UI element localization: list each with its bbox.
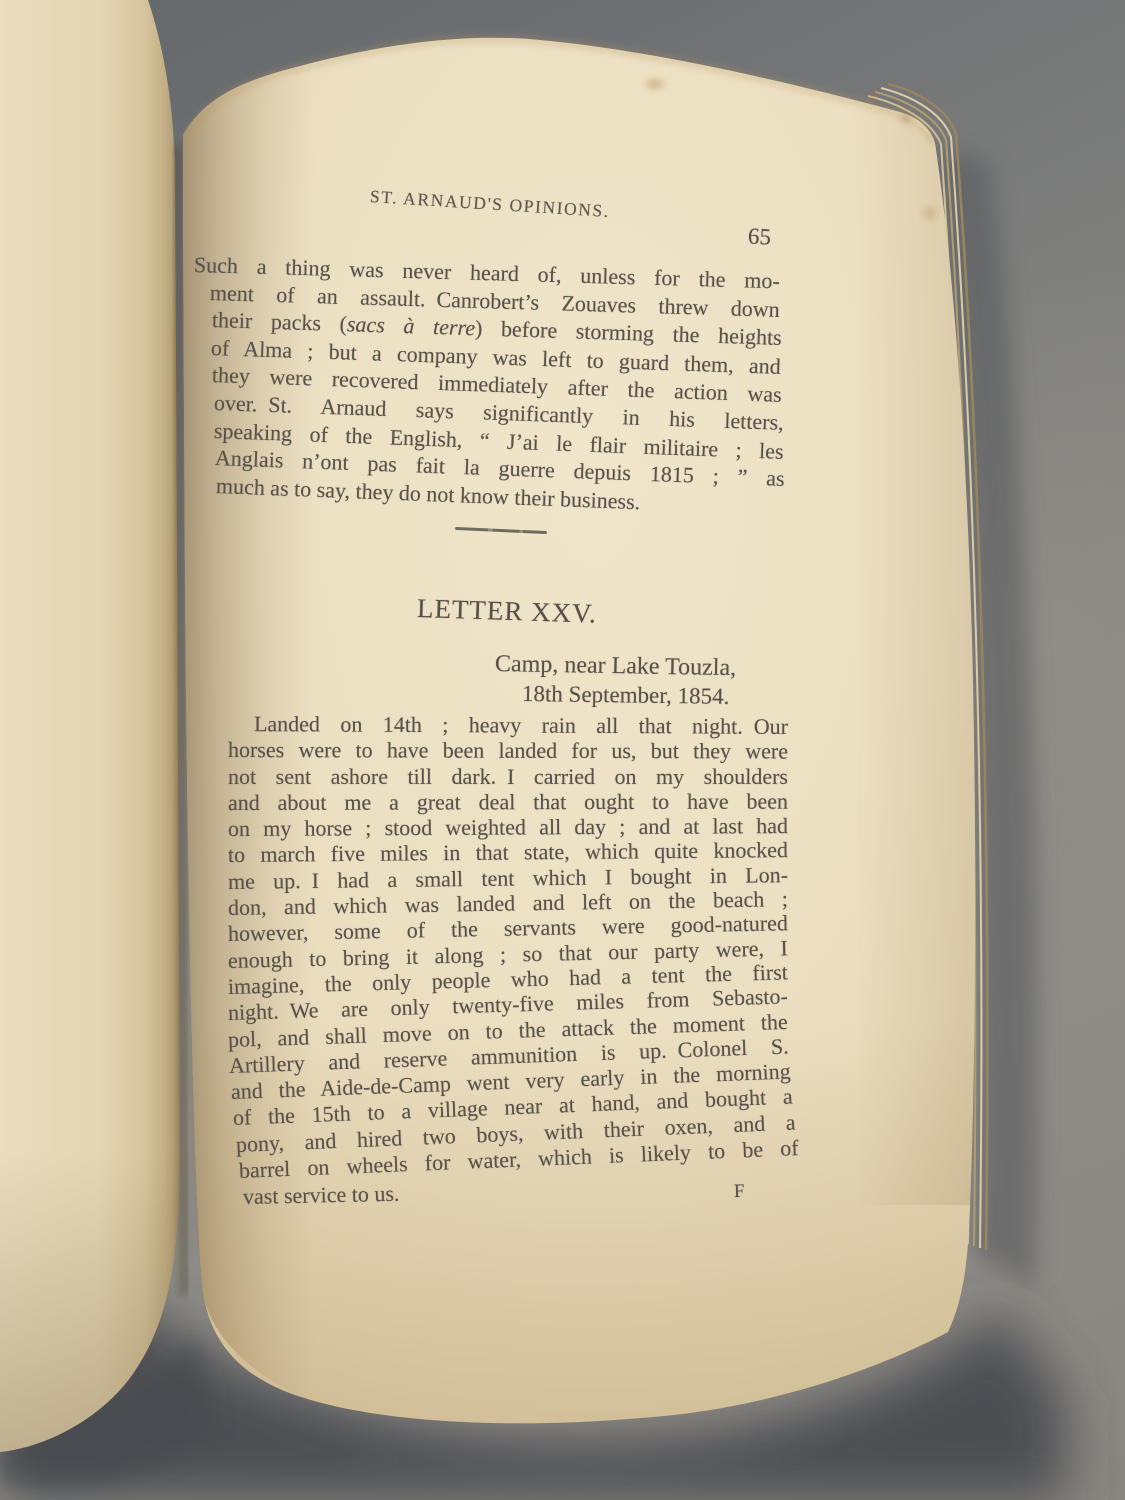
text-line: horses were to have been landed for us, … bbox=[228, 737, 788, 765]
italic-phrase: sacs à terre bbox=[347, 311, 476, 340]
text-line: not sent ashore till dark. I carried on … bbox=[228, 764, 788, 790]
book-page: ST. ARNAUD'S OPINIONS. 65 Such a thing w… bbox=[0, 0, 1125, 1500]
running-header: ST. ARNAUD'S OPINIONS. bbox=[369, 186, 610, 222]
letter-date: 18th September, 1854. bbox=[522, 681, 730, 710]
book-photo: ST. ARNAUD'S OPINIONS. 65 Such a thing w… bbox=[0, 0, 1125, 1500]
section-divider bbox=[455, 527, 547, 534]
signature-mark: F bbox=[734, 1181, 745, 1203]
text-segment: their packs ( bbox=[212, 307, 348, 336]
text-line: and about me a great deal that ought to … bbox=[228, 788, 788, 816]
letter-body: Landed on 14th ; heavy rain all that nig… bbox=[228, 711, 788, 1211]
letter-place: Camp, near Lake Touzla, bbox=[495, 651, 737, 682]
text-line: Landed on 14th ; heavy rain all that nig… bbox=[228, 711, 788, 740]
letter-heading: LETTER XXV. bbox=[417, 593, 598, 630]
paragraph-st-arnaud: Such a thing was never heard of, unless … bbox=[210, 251, 780, 499]
page-number: 65 bbox=[747, 223, 771, 250]
